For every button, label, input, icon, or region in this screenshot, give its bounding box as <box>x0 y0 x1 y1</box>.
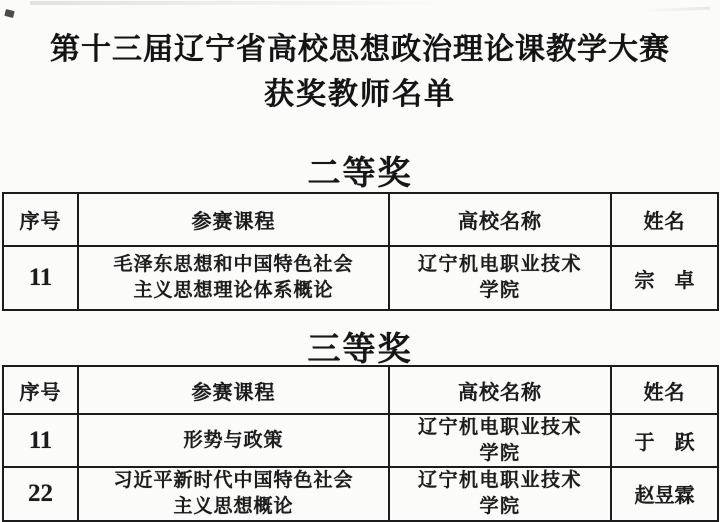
table-row: 11 形势与政策 辽宁机电职业技术学院 于 跃 <box>3 414 718 467</box>
col-header-serial: 序号 <box>3 366 78 414</box>
third-prize-table: 序号 参赛课程 高校名称 姓名 11 形势与政策 辽宁机电职业技术学院 于 跃 … <box>2 365 719 522</box>
cell-school: 辽宁机电职业技术学院 <box>389 414 611 467</box>
document-title-line2: 获奖教师名单 <box>0 69 720 113</box>
course-text: 习近平新时代中国特色社会主义思想概论 <box>111 468 356 519</box>
cell-name: 赵昱霖 <box>611 467 718 520</box>
table-header-row: 序号 参赛课程 高校名称 姓名 <box>3 193 718 246</box>
section-heading-second-prize: 二等奖 <box>0 147 720 194</box>
col-header-school: 高校名称 <box>389 193 611 246</box>
school-text: 辽宁机电职业技术学院 <box>416 468 584 519</box>
cell-name: 于 跃 <box>611 414 718 467</box>
cell-course: 毛泽东思想和中国特色社会主义思想理论体系概论 <box>78 246 389 310</box>
second-prize-table: 序号 参赛课程 高校名称 姓名 11 毛泽东思想和中国特色社会主义思想理论体系概… <box>2 192 719 311</box>
scan-artifact-top-streak <box>30 1 460 5</box>
scanned-award-document: 第十三届辽宁省高校思想政治理论课教学大赛 获奖教师名单 二等奖 序号 参赛课程 … <box>0 0 720 522</box>
section-heading-third-prize: 三等奖 <box>0 323 720 370</box>
cell-school: 辽宁机电职业技术学院 <box>389 467 611 520</box>
col-header-course: 参赛课程 <box>78 366 389 414</box>
col-header-name: 姓名 <box>611 193 718 246</box>
table-header-row: 序号 参赛课程 高校名称 姓名 <box>3 366 718 414</box>
cell-serial: 22 <box>3 467 78 520</box>
document-title-line1: 第十三届辽宁省高校思想政治理论课教学大赛 <box>0 24 720 68</box>
col-header-name: 姓名 <box>611 366 718 414</box>
cell-course: 习近平新时代中国特色社会主义思想概论 <box>78 467 389 520</box>
course-text: 形势与政策 <box>111 428 356 454</box>
col-header-course: 参赛课程 <box>78 193 389 246</box>
table-row: 11 毛泽东思想和中国特色社会主义思想理论体系概论 辽宁机电职业技术学院 宗 卓 <box>3 246 718 310</box>
scan-artifact-right-streak <box>640 7 710 12</box>
cell-course: 形势与政策 <box>78 414 389 467</box>
cell-serial: 11 <box>3 414 78 467</box>
cell-name: 宗 卓 <box>611 246 718 310</box>
scan-artifact-corner <box>4 9 14 18</box>
course-text: 毛泽东思想和中国特色社会主义思想理论体系概论 <box>111 252 356 303</box>
school-text: 辽宁机电职业技术学院 <box>416 252 584 303</box>
school-text: 辽宁机电职业技术学院 <box>416 415 584 466</box>
cell-serial: 11 <box>3 246 78 310</box>
table-row: 22 习近平新时代中国特色社会主义思想概论 辽宁机电职业技术学院 赵昱霖 <box>3 467 718 520</box>
col-header-school: 高校名称 <box>389 366 611 414</box>
cell-school: 辽宁机电职业技术学院 <box>389 246 611 310</box>
col-header-serial: 序号 <box>3 193 78 246</box>
